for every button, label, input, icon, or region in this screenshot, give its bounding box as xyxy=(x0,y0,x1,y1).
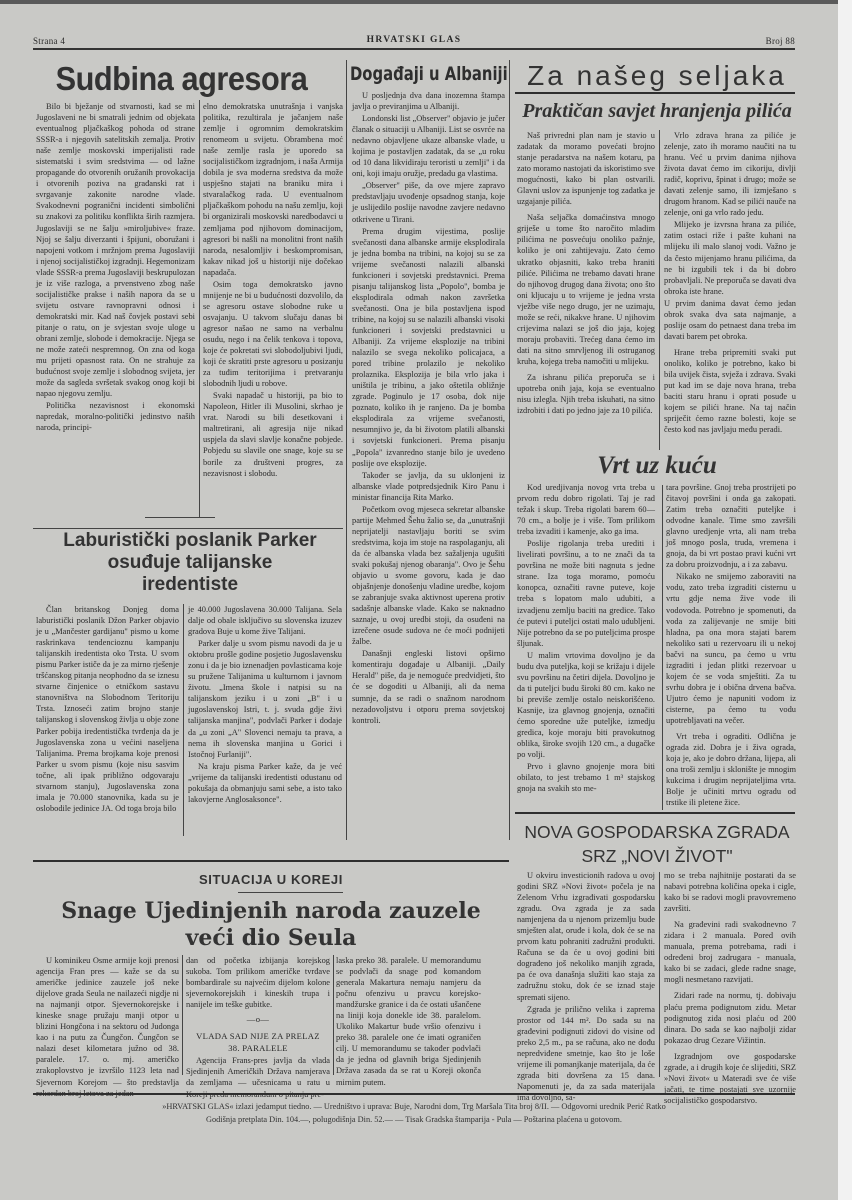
headline-snage-ujedinjenih-naroda: Snage Ujedinjenih naroda zauzele veći di… xyxy=(33,898,509,952)
paragraph: Londonski list „Observer" objavio je juč… xyxy=(352,113,505,179)
article-parker-col2: je 40.000 Jugoslavena 30.000 Talijana. S… xyxy=(188,604,342,805)
headline-nova-gospodarska-zgrada: NOVA GOSPODARSKA ZGRADA SRZ „NOVI ŽIVOT" xyxy=(512,820,802,868)
separator: —o— xyxy=(186,1014,330,1025)
masthead-rule xyxy=(33,48,795,50)
column-rule xyxy=(659,130,660,450)
section-rule xyxy=(33,860,509,862)
imprint-footer: »HRVATSKI GLAS« izlazi jedamput tiedno. … xyxy=(33,1100,795,1126)
paragraph: tara površine. Gnoj treba prostrijeti po… xyxy=(666,482,796,570)
column-rule xyxy=(199,100,200,518)
paragraph: Parker dalje u svom pismu navodi da je u… xyxy=(188,638,342,760)
paragraph: Također se javlja, da su uklonjeni iz al… xyxy=(352,470,505,503)
paragraph: laska preko 38. paralele. U memorandumu … xyxy=(336,955,481,1088)
paragraph: Poslije rigolanja treba urediti i liveli… xyxy=(517,538,655,648)
paragraph: Naša seljačka domaćinstva mnogo griješe … xyxy=(517,212,655,367)
paragraph: U posljednja dva dana inozemna štampa ja… xyxy=(352,90,505,112)
paragraph: Početkom ovog mjeseca sekretar albanske … xyxy=(352,504,505,648)
paragraph: elno demokratska unutrašnja i vanjska po… xyxy=(203,101,343,278)
headline-line: SRZ „NOVI ŽIVOT" xyxy=(512,844,802,868)
column-rule xyxy=(662,485,663,810)
paragraph: mo se treba najhitnije postarati da se n… xyxy=(664,870,796,914)
paragraph: Prvo i glavno gnojenje mora biti obilato… xyxy=(517,761,655,794)
article-koreja-col1: U kominikeu Osme armije koji prenosi age… xyxy=(36,955,179,1099)
article-parker-col1: Član britanskog Donjeg doma laburistički… xyxy=(36,604,179,814)
headline-line: veći dio Seula xyxy=(33,925,509,952)
article-vrt-col2: tara površine. Gnoj treba prostrijeti po… xyxy=(666,482,796,808)
paragraph: Osim toga demokratsko javno mnijenje ne … xyxy=(203,279,343,389)
column-rule xyxy=(183,604,184,836)
article-koreja-col3: laska preko 38. paralele. U memorandumu … xyxy=(336,955,481,1088)
footer-rule xyxy=(33,1093,795,1095)
headline-prakticni-savjet: Praktičan savjet hranjenja pilića xyxy=(512,100,802,123)
paragraph: Hrane treba pripremiti svaki put onoliko… xyxy=(664,347,796,435)
headline-line: osuđuje talijanske xyxy=(40,552,340,574)
article-koreja-col2: dan od početka izbijanja korejskog sukob… xyxy=(186,955,330,1100)
paragraph: Vrt treba i ograditi. Odlična je ograda … xyxy=(666,731,796,808)
article-end-rule xyxy=(145,517,215,518)
column-rule xyxy=(333,955,334,1075)
paper-name: HRVATSKI GLAS xyxy=(33,35,795,45)
article-vrt-col1: Kod uredjivanja novog vrta treba u prvom… xyxy=(517,482,655,794)
column-rule xyxy=(659,872,660,1077)
headline-line: Laburistički poslanik Parker xyxy=(40,530,340,552)
scan-edge-top xyxy=(0,0,852,4)
column-rule xyxy=(509,60,510,840)
paragraph: Na građevini radi svakodnevno 7 zidara i… xyxy=(664,919,796,985)
imprint-line: »HRVATSKI GLAS« izlazi jedamput tiedno. … xyxy=(33,1100,795,1113)
paragraph: Svaki napadač u historiji, pa bio to Nap… xyxy=(203,390,343,478)
masthead: Strana 4 HRVATSKI GLAS Broj 88 xyxy=(33,30,795,48)
paragraph: U okviru investicionih radova u ovoj god… xyxy=(517,870,655,1003)
paragraph: Nikako ne smijemo zaboraviti na vodu, za… xyxy=(666,571,796,726)
section-banner-za-naseg-seljaka: Za našeg seljaka xyxy=(512,60,802,92)
headline-line: iredentiste xyxy=(40,574,340,596)
headline-parker: Laburistički poslanik Parker osuđuje tal… xyxy=(40,530,340,596)
article-sudbina-col1: Bilo bi bježanje od stvarnosti, kad se m… xyxy=(36,101,195,433)
section-rule xyxy=(515,812,795,814)
paragraph: Izgradnjom ove gospodarske zgrade, a i d… xyxy=(664,1051,796,1106)
newspaper-page: Strana 4 HRVATSKI GLAS Broj 88 Sudbina a… xyxy=(0,0,852,1200)
paragraph: U kominikeu Osme armije koji prenosi age… xyxy=(36,955,179,1099)
headline-dogadjaji-u-albaniji: Događaji u Albaniji xyxy=(350,63,475,85)
headline-vrt-uz-kucu: Vrt uz kuću xyxy=(512,452,802,480)
column-rule xyxy=(346,60,347,840)
scan-edge-right xyxy=(838,0,852,1200)
article-sudbina-col2: elno demokratska unutrašnja i vanjska po… xyxy=(203,101,343,479)
kicker-underline xyxy=(238,892,343,893)
paragraph: U prvim danima davat ćemo jedan obrok sv… xyxy=(664,298,796,342)
article-zgrada-col1: U okviru investicionih radova u ovoj god… xyxy=(517,870,655,1103)
headline-line: Snage Ujedinjenih naroda zauzele xyxy=(33,898,509,925)
headline-line: NOVA GOSPODARSKA ZGRADA xyxy=(512,820,802,844)
paragraph: Mlijeko je izvrsna hrana za piliće, zati… xyxy=(664,219,796,296)
imprint-line: Godišnja pretplata Din. 104.—, polugodiš… xyxy=(33,1113,795,1126)
paragraph: Politička nezavisnost i ekonomski napred… xyxy=(36,400,195,433)
paragraph: Naš privredni plan nam je stavio u zadat… xyxy=(517,130,655,207)
kicker-situacija-u-koreji: SITUACIJA U KOREJI xyxy=(33,872,509,887)
article-pilici-col2: Vrlo zdrava hrana za piliće je zelenje, … xyxy=(664,130,796,435)
paragraph: Na kraju pisma Parker kaže, da je već „v… xyxy=(188,761,342,805)
article-albanija-body: U posljednja dva dana inozemna štampa ja… xyxy=(352,90,505,726)
headline-sudbina-agresora: Sudbina agresora xyxy=(42,60,321,98)
paragraph: Prema drugim vijestima, poslije svečanos… xyxy=(352,226,505,469)
paragraph: Bilo bi bježanje od stvarnosti, kad se m… xyxy=(36,101,195,399)
paragraph: Za ishranu pilića preporuča se i upotreb… xyxy=(517,372,655,416)
subhead-line: VLADA SAD NIJE ZA PRELAZ xyxy=(186,1031,330,1042)
paragraph: „Observer" piše, da ove mjere zapravo pr… xyxy=(352,180,505,224)
column-rule xyxy=(182,955,183,1075)
paragraph: dan od početka izbijanja korejskog sukob… xyxy=(186,955,330,1010)
section-rule xyxy=(33,528,343,529)
paragraph: je 40.000 Jugoslavena 30.000 Talijana. S… xyxy=(188,604,342,637)
article-zgrada-col2: mo se treba najhitnije postarati da se n… xyxy=(664,870,796,1106)
article-pilici-col1: Naš privredni plan nam je stavio u zadat… xyxy=(517,130,655,416)
paragraph: Zgrada je prilično velika i zaprema pros… xyxy=(517,1004,655,1103)
paragraph: Član britanskog Donjeg doma laburistički… xyxy=(36,604,179,814)
paragraph: Kod uredjivanja novog vrta treba u prvom… xyxy=(517,482,655,537)
paragraph: Vrlo zdrava hrana za piliće je zelenje, … xyxy=(664,130,796,218)
paragraph: Zidari rade na normu, tj. dobivaju plaću… xyxy=(664,990,796,1045)
subhead-line: 38. PARALELE xyxy=(186,1043,330,1054)
section-rule xyxy=(515,92,795,94)
issue-number: Broj 88 xyxy=(766,36,795,46)
paragraph: Današnji engleski listovi opširno koment… xyxy=(352,648,505,725)
paragraph: U malim vrtovima dovoljno je da budu dva… xyxy=(517,650,655,760)
